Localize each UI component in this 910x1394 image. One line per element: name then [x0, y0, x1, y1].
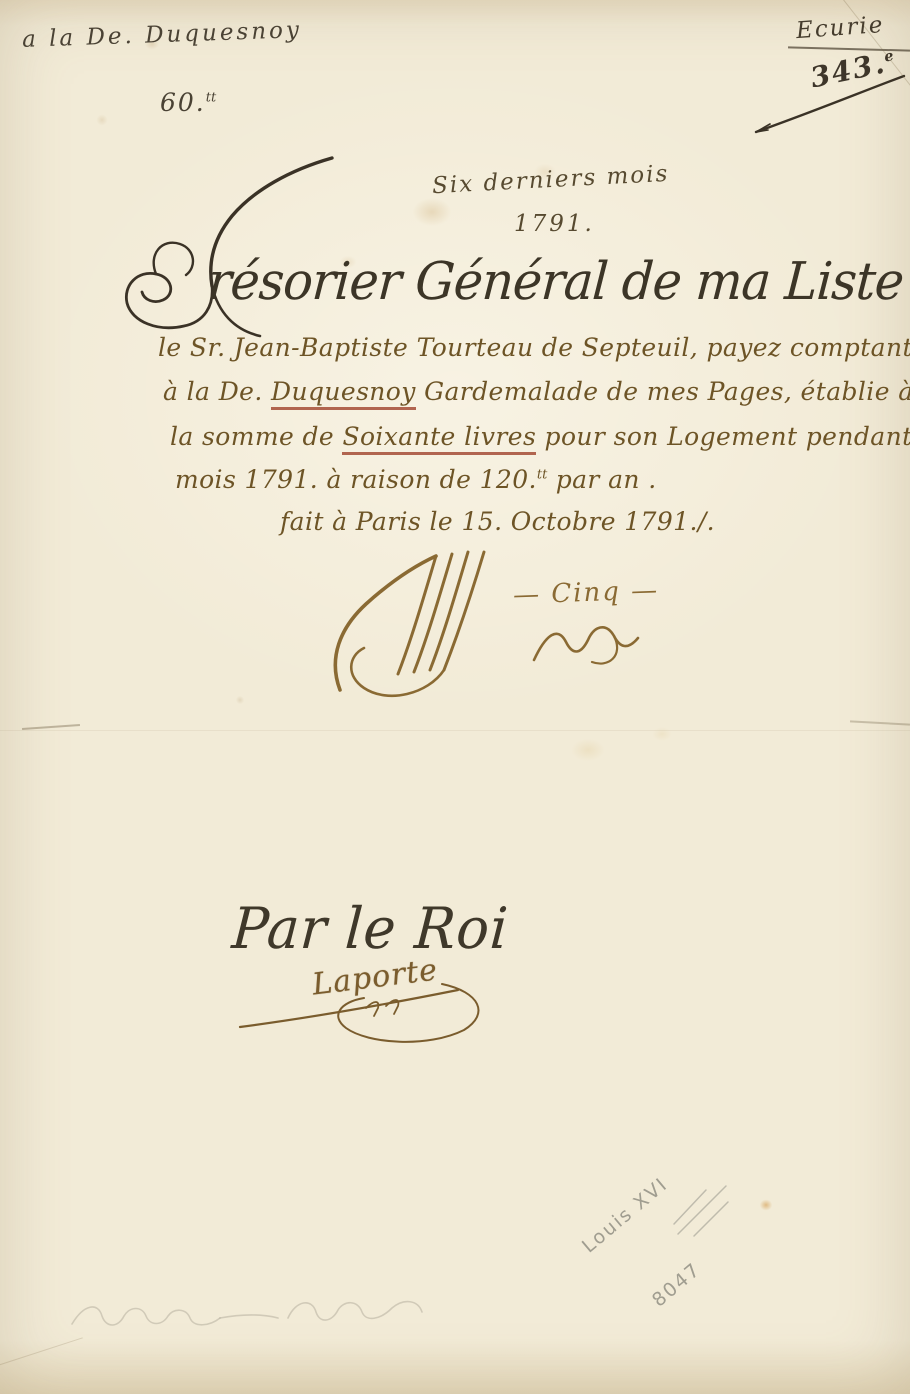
annotation-recipient: a la De. Duquesnoy	[22, 17, 303, 53]
period-heading: Six derniers mois	[431, 161, 669, 199]
fold-crease-right	[850, 720, 910, 725]
fold-crease	[0, 730, 910, 731]
annotation-amount-unit: tt	[206, 91, 216, 106]
period-year: 1791.	[514, 211, 595, 237]
faint-pencil-inscription	[62, 1288, 432, 1340]
body-line-2-pre: à la De.	[163, 377, 271, 406]
corner-crease-bottom-left	[0, 1337, 83, 1367]
louis-signature	[326, 546, 526, 706]
secretary-mark: — Cinq —	[513, 575, 660, 610]
amount-underlined: Soixante livres	[342, 422, 536, 455]
dateline: fait à Paris le 15. Octobre 1791./.	[280, 507, 715, 536]
pencil-inventory-number: 8047	[648, 1258, 705, 1311]
body-line-3-post: pour son Logement pendant les Six dernie…	[536, 422, 910, 451]
body-line-4: mois 1791. à raison de 120.tt par an .	[175, 465, 657, 494]
annotation-department: Ecurie	[795, 12, 885, 44]
body-line-3-pre: la somme de	[170, 422, 342, 451]
countersignature-flourish	[228, 972, 490, 1046]
title-text: résorier Général de ma Liste civile,	[206, 252, 910, 312]
livres-abbreviation: tt	[537, 468, 547, 483]
body-line-3: la somme de Soixante livres pour son Log…	[170, 422, 910, 451]
secretary-paraph	[528, 614, 646, 672]
recipient-name-underlined: Duquesnoy	[271, 377, 416, 410]
body-line-2-post: Gardemalade de mes Pages, établie à Comp…	[416, 377, 910, 406]
body-line-4-pre: mois 1791. à raison de 120.	[175, 465, 537, 494]
number-flourish-stroke	[748, 72, 910, 138]
body-line-2: à la De. Duquesnoy Gardemalade de mes Pa…	[163, 377, 910, 406]
body-line-4-post: par an .	[547, 465, 656, 494]
pencil-attribution: Louis XVI	[578, 1173, 672, 1257]
document-title: Trésorier Général de ma Liste civile,	[206, 252, 910, 312]
pencil-scribble-strokes	[672, 1180, 732, 1240]
closing-formula: Par le Roi	[230, 896, 511, 962]
body-line-1: le Sr. Jean-Baptiste Tourteau de Septeui…	[158, 333, 910, 362]
manuscript-page: a la De. Duquesnoy 60.tt Ecurie 343.e Si…	[0, 0, 910, 1394]
annotation-amount: 60.tt	[160, 88, 216, 117]
annotation-amount-value: 60.	[160, 88, 206, 117]
